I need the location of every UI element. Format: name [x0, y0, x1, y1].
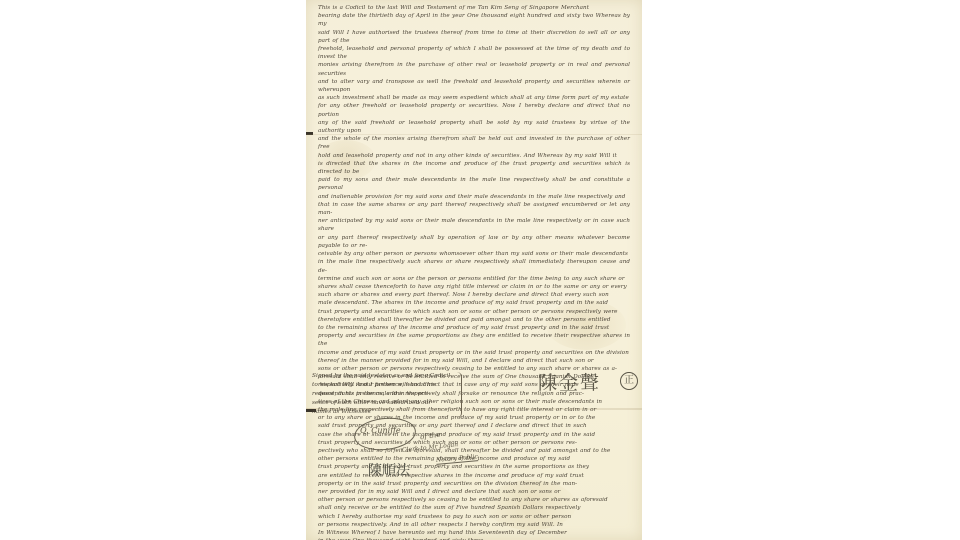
handwritten-line: ner anticipated by my said sons or their…	[318, 217, 630, 233]
handwritten-line: as such investment shall be made as may …	[318, 94, 630, 102]
handwritten-line: Signed by the said testator as and for a…	[312, 372, 456, 381]
handwritten-line: is directed that the shares in the incom…	[318, 160, 630, 176]
handwritten-line: This is a Codicil to the last Will and T…	[318, 4, 630, 12]
handwritten-line: or persons respectively. And in all othe…	[318, 521, 630, 529]
handwritten-line: freehold, leasehold and personal propert…	[318, 45, 630, 61]
handwritten-line: request, in his presence, and in the pre…	[312, 390, 456, 399]
handwritten-line: are entitled to receive their respective…	[318, 472, 630, 480]
viewer-stage: This is a Codicil to the last Will and T…	[0, 0, 960, 540]
handwritten-line: to his last Will in our presence, who at…	[312, 381, 456, 390]
handwritten-line: property and securities in the same prop…	[318, 332, 630, 348]
handwritten-line: In Witness Whereof I have hereunto set m…	[318, 529, 630, 537]
handwritten-line: names as Witnesses	[312, 408, 456, 417]
testator-seal-mark: 正	[620, 372, 638, 390]
handwritten-line: termine and such son or sons or the pers…	[318, 275, 630, 283]
handwritten-line: which I hereby authorise my said trustee…	[318, 513, 630, 521]
testator-chinese-signature: 陳金聲	[538, 368, 601, 395]
handwritten-line: male descendant. The shares in the incom…	[318, 299, 630, 307]
handwritten-line: to the remaining shares of the income an…	[318, 324, 630, 332]
handwritten-line: sence of each other have subscribed our	[312, 399, 456, 408]
handwritten-line: and to alter vary and transpose as well …	[318, 78, 630, 94]
witness-chinese-signature: 陳順法	[368, 460, 410, 480]
handwritten-line: income and produce of my said trust prop…	[318, 349, 630, 357]
handwritten-line: shall only receive or be entitled to the…	[318, 504, 630, 512]
codicil-document-page: This is a Codicil to the last Will and T…	[306, 0, 642, 540]
handwritten-line: ner provided for in my said Will and I d…	[318, 488, 630, 496]
handwritten-line: other person or persons respectively so …	[318, 496, 630, 504]
handwritten-line: thereof in the manner provided for in my…	[318, 357, 630, 365]
handwritten-line: monies arising therefrom in the purchase…	[318, 61, 630, 77]
handwritten-line: or any part thereof respectively shall b…	[318, 234, 630, 250]
handwritten-line: any of the said freehold or leasehold pr…	[318, 119, 630, 135]
handwritten-line: property or in the said trust property a…	[318, 480, 630, 488]
handwritten-line: theretofore entitled shall thereafter be…	[318, 316, 630, 324]
handwritten-line: trust property and securities to which s…	[318, 308, 630, 316]
handwritten-line: shares shall cease thenceforth to have a…	[318, 283, 630, 291]
fold-mark	[306, 132, 313, 135]
handwritten-line: that in case the same shares or any part…	[318, 201, 630, 217]
handwritten-line: ceivable by any other person or persons …	[318, 250, 630, 258]
handwritten-line: such share or shares and every part ther…	[318, 291, 630, 299]
handwritten-line: for any other freehold or leasehold prop…	[318, 102, 630, 118]
handwritten-line: trust property and in the said trust pro…	[318, 463, 630, 471]
witness-signature: Q. Cuniffe	[360, 426, 401, 435]
handwritten-line: and inalienable provision for my said so…	[318, 193, 630, 201]
handwritten-line: said Will I have authorised the trustees…	[318, 29, 630, 45]
handwritten-line: hold and leasehold property and not in a…	[318, 152, 630, 160]
handwritten-line: paid to my sons and their male descendan…	[318, 176, 630, 192]
attestation-brace	[457, 372, 462, 418]
attestation-clause: Signed by the said testator as and for a…	[312, 372, 456, 417]
handwritten-line: in the male line respectively such share…	[318, 258, 630, 274]
handwritten-line: and the whole of the monies arising ther…	[318, 135, 630, 151]
handwritten-line: bearing date the thirtieth day of April …	[318, 12, 630, 28]
